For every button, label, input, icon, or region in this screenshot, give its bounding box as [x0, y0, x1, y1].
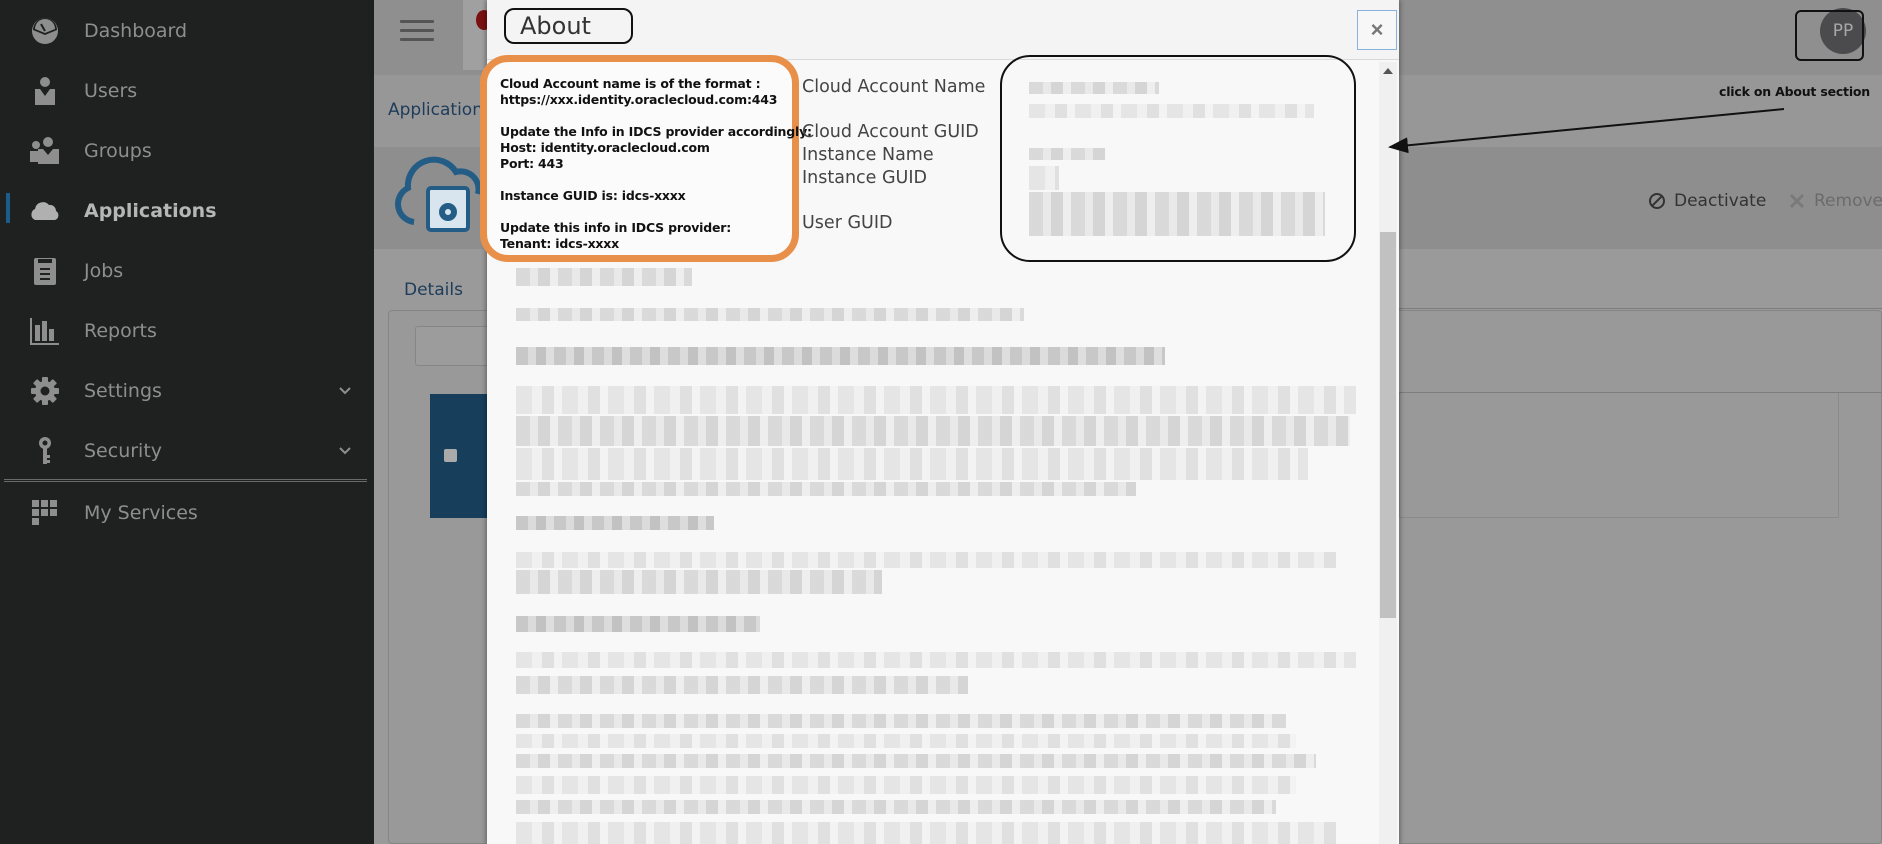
redacted-text	[516, 448, 1308, 480]
redacted-text	[516, 800, 1276, 814]
redacted-text	[516, 776, 1296, 794]
application-cloud-icon	[392, 152, 488, 236]
hamburger-icon[interactable]	[400, 20, 434, 42]
sidebar-item-my-services[interactable]: My Services	[0, 483, 374, 543]
sidebar-item-applications[interactable]: Applications	[0, 181, 374, 241]
bar-chart-icon	[28, 314, 62, 348]
sidebar-item-label: Dashboard	[84, 20, 187, 42]
redacted-text	[516, 416, 1350, 446]
instruction-note: Cloud Account name is of the format : ht…	[480, 55, 799, 262]
search-input[interactable]	[415, 326, 495, 366]
remove-button[interactable]: Remove	[1788, 191, 1882, 211]
sidebar-item-settings[interactable]: Settings	[0, 361, 374, 421]
redacted-text	[516, 616, 760, 632]
redacted-text	[516, 347, 1165, 365]
redacted-text	[516, 482, 1136, 496]
breadcrumb-applications[interactable]: Applications	[388, 100, 492, 120]
redacted-text	[516, 308, 1024, 321]
application-card[interactable]	[430, 394, 490, 518]
sidebar-item-label: Reports	[84, 320, 157, 342]
deactivate-button[interactable]: Deactivate	[1648, 191, 1766, 211]
redacted-value	[1029, 166, 1059, 190]
about-dialog: About × Cloud Account name is of the for…	[487, 0, 1399, 844]
sidebar: Dashboard Users Groups Applications Jobs…	[0, 0, 374, 844]
sidebar-item-label: Settings	[84, 380, 162, 402]
redacted-value	[1029, 192, 1325, 236]
chevron-down-icon[interactable]	[338, 384, 352, 398]
label-cloud-account-guid: Cloud Account GUID	[802, 121, 985, 144]
close-button[interactable]: ×	[1357, 10, 1397, 50]
dialog-scrollbar[interactable]	[1379, 62, 1397, 844]
deactivate-label: Deactivate	[1674, 191, 1766, 211]
annotation-text: click on About section	[1719, 84, 1870, 99]
note-line: Update this info in IDCS provider:	[500, 220, 792, 236]
jobs-icon	[28, 254, 62, 288]
label-user-guid: User GUID	[802, 212, 985, 235]
dashboard-icon	[28, 14, 62, 48]
note-line: Cloud Account name is of the format :	[500, 76, 792, 92]
redacted-text	[516, 734, 1296, 748]
redacted-text	[516, 552, 1336, 568]
sidebar-item-security[interactable]: Security	[0, 421, 374, 481]
card-checkbox[interactable]	[444, 449, 457, 462]
groups-icon	[28, 134, 62, 168]
redacted-value	[1029, 148, 1105, 160]
sidebar-divider	[4, 479, 367, 482]
key-icon	[28, 434, 62, 468]
sidebar-item-jobs[interactable]: Jobs	[0, 241, 374, 301]
redacted-value	[1029, 82, 1159, 94]
divider	[1399, 392, 1882, 393]
redacted-text	[516, 268, 692, 286]
cloud-icon	[28, 194, 62, 228]
label-cloud-account-name: Cloud Account Name	[802, 76, 985, 99]
redacted-text	[516, 676, 968, 694]
avatar-highlight-box	[1795, 10, 1864, 61]
gear-icon	[28, 374, 62, 408]
sidebar-item-reports[interactable]: Reports	[0, 301, 374, 361]
redacted-text	[516, 386, 1356, 414]
dialog-title: About	[504, 8, 633, 44]
note-line: Host: identity.oraclecloud.com	[500, 140, 792, 156]
active-indicator	[6, 193, 10, 223]
note-line: Port: 443	[500, 156, 792, 172]
redacted-text	[516, 652, 1356, 668]
sidebar-item-dashboard[interactable]: Dashboard	[0, 1, 374, 61]
user-icon	[28, 74, 62, 108]
label-instance-guid: Instance GUID	[802, 167, 985, 190]
redacted-text	[516, 516, 714, 530]
grid-icon	[28, 496, 62, 530]
sidebar-item-label: Users	[84, 80, 137, 102]
card-outline	[1399, 392, 1839, 518]
remove-label: Remove	[1814, 191, 1882, 211]
label-instance-name: Instance Name	[802, 144, 985, 167]
note-line: Tenant: idcs-xxxx	[500, 236, 792, 252]
note-line: Update the Info in IDCS provider accordi…	[500, 124, 792, 140]
ban-icon	[1648, 192, 1666, 210]
redacted-text	[516, 714, 1286, 728]
redacted-text	[516, 570, 882, 594]
divider	[1399, 308, 1882, 309]
scroll-up-arrow-icon[interactable]	[1383, 68, 1393, 74]
tab-details[interactable]: Details	[404, 280, 463, 300]
sidebar-item-label: Jobs	[84, 260, 123, 282]
redacted-text	[516, 754, 1316, 768]
close-icon	[1788, 192, 1806, 210]
scrollbar-thumb[interactable]	[1380, 232, 1396, 618]
sidebar-item-label: Groups	[84, 140, 152, 162]
sidebar-item-label: Applications	[84, 200, 217, 222]
note-line: https://xxx.identity.oraclecloud.com:443	[500, 92, 792, 108]
field-labels: Cloud Account Name Cloud Account GUID In…	[802, 76, 985, 235]
sidebar-item-groups[interactable]: Groups	[0, 121, 374, 181]
sidebar-item-label: Security	[84, 440, 162, 462]
sidebar-item-label: My Services	[84, 502, 198, 524]
chevron-down-icon[interactable]	[338, 444, 352, 458]
dialog-header: About ×	[487, 0, 1399, 60]
sidebar-item-users[interactable]: Users	[0, 61, 374, 121]
note-line: Instance GUID is: idcs-xxxx	[500, 188, 792, 204]
redacted-text	[516, 822, 1336, 844]
redacted-value	[1029, 104, 1314, 118]
